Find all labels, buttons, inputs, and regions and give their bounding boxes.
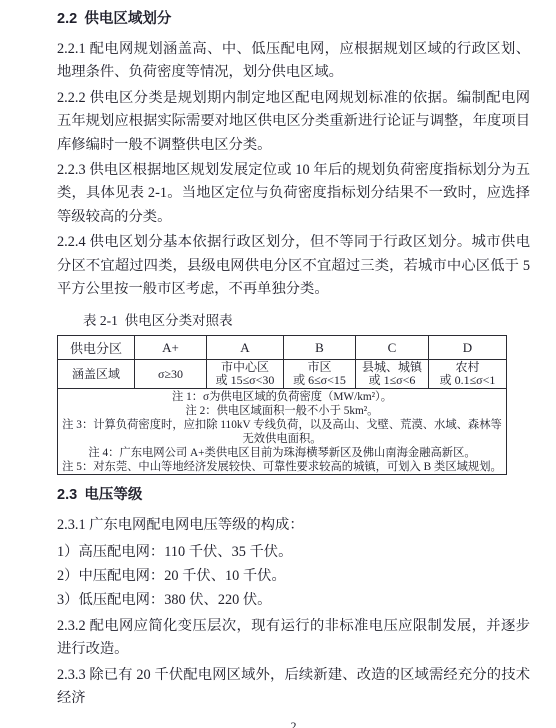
table-notes-cell: 注 1：σ为供电区域的负荷密度（MW/km²）。 注 2：供电区域面积一般不小于…	[58, 389, 507, 475]
page-number: 2	[57, 718, 530, 728]
table-caption: 表 2-1 供电区分类对照表	[57, 311, 530, 330]
document-page: 2.2 供电区域划分 2.2.1 配电网规划涵盖高、中、低压配电网，应根据规划区…	[0, 0, 556, 728]
table-note-4: 注 4：广东电网公司 A+类供电区目前为珠海横琴新区及佛山南海金融高新区。	[58, 446, 506, 460]
paragraph-2-2-4: 2.2.4 供电区划分基本依据行政区划分，但不等同于行政区划分。城市供电分区不宜…	[57, 231, 530, 301]
voltage-list-item-3: 3）低压配电网：380 伏、220 伏。	[57, 588, 530, 612]
table-note-1: 注 1：σ为供电区域的负荷密度（MW/km²）。	[58, 390, 506, 404]
paragraph-2-2-3: 2.2.3 供电区根据地区规划发展定位或 10 年后的规划负荷密度指标划分为五类…	[57, 159, 530, 229]
coverage-cell-c: 县城、城镇 或 1≤σ<6	[356, 360, 429, 389]
table-header-d: D	[429, 336, 507, 360]
section-heading-2-2: 2.2 供电区域划分	[57, 8, 530, 31]
table-note-5: 注 5：对东莞、中山等地经济发展较快、可靠性要求较高的城镇，可划入 B 类区域规…	[58, 460, 506, 474]
paragraph-2-2-2: 2.2.2 供电区分类是规划期内制定地区配电网规划标准的依据。编制配电网五年规划…	[57, 87, 530, 157]
table-note-2: 注 2：供电区域面积一般不小于 5km²。	[58, 404, 506, 418]
coverage-cell-d: 农村 或 0.1≤σ<1	[429, 360, 507, 389]
table-note-3: 注 3：计算负荷密度时，应扣除 110kV 专线负荷，以及高山、戈壁、荒漠、水域…	[58, 418, 506, 446]
paragraph-2-3-1: 2.3.1 广东电网配电网电压等级的构成：	[57, 514, 530, 537]
table-header-a-plus: A+	[135, 336, 207, 360]
section-heading-2-3: 2.3 电压等级	[57, 484, 530, 507]
table-header-c: C	[356, 336, 429, 360]
table-header-a: A	[207, 336, 284, 360]
coverage-cell-b: 市区 或 6≤σ<15	[284, 360, 356, 389]
table-notes-row: 注 1：σ为供电区域的负荷密度（MW/km²）。 注 2：供电区域面积一般不小于…	[58, 389, 507, 475]
paragraph-2-2-1: 2.2.1 配电网规划涵盖高、中、低压配电网，应根据规划区域的行政区划、地理条件…	[57, 38, 530, 85]
table-header-zone: 供电分区	[58, 336, 135, 360]
paragraph-2-3-3: 2.3.3 除已有 20 千伏配电网区域外，后续新建、改造的区域需经充分的技术经…	[57, 664, 530, 711]
table-header-row: 供电分区 A+ A B C D	[58, 336, 507, 360]
table-header-b: B	[284, 336, 356, 360]
coverage-cell-a: 市中心区 或 15≤σ<30	[207, 360, 284, 389]
voltage-list-item-2: 2）中压配电网：20 千伏、10 千伏。	[57, 564, 530, 588]
coverage-cell-a-plus: σ≥30	[135, 360, 207, 389]
paragraph-2-3-2: 2.3.2 配电网应简化变压层次，现有运行的非标准电压应限制发展，并逐步进行改造…	[57, 615, 530, 662]
coverage-row-label: 涵盖区域	[58, 360, 135, 389]
voltage-list-item-1: 1）高压配电网：110 千伏、35 千伏。	[57, 540, 530, 564]
supply-zone-classification-table: 供电分区 A+ A B C D 涵盖区域 σ≥30 市中心区 或 15≤σ<30…	[57, 335, 507, 475]
table-coverage-row: 涵盖区域 σ≥30 市中心区 或 15≤σ<30 市区 或 6≤σ<15 县城、…	[58, 360, 507, 389]
